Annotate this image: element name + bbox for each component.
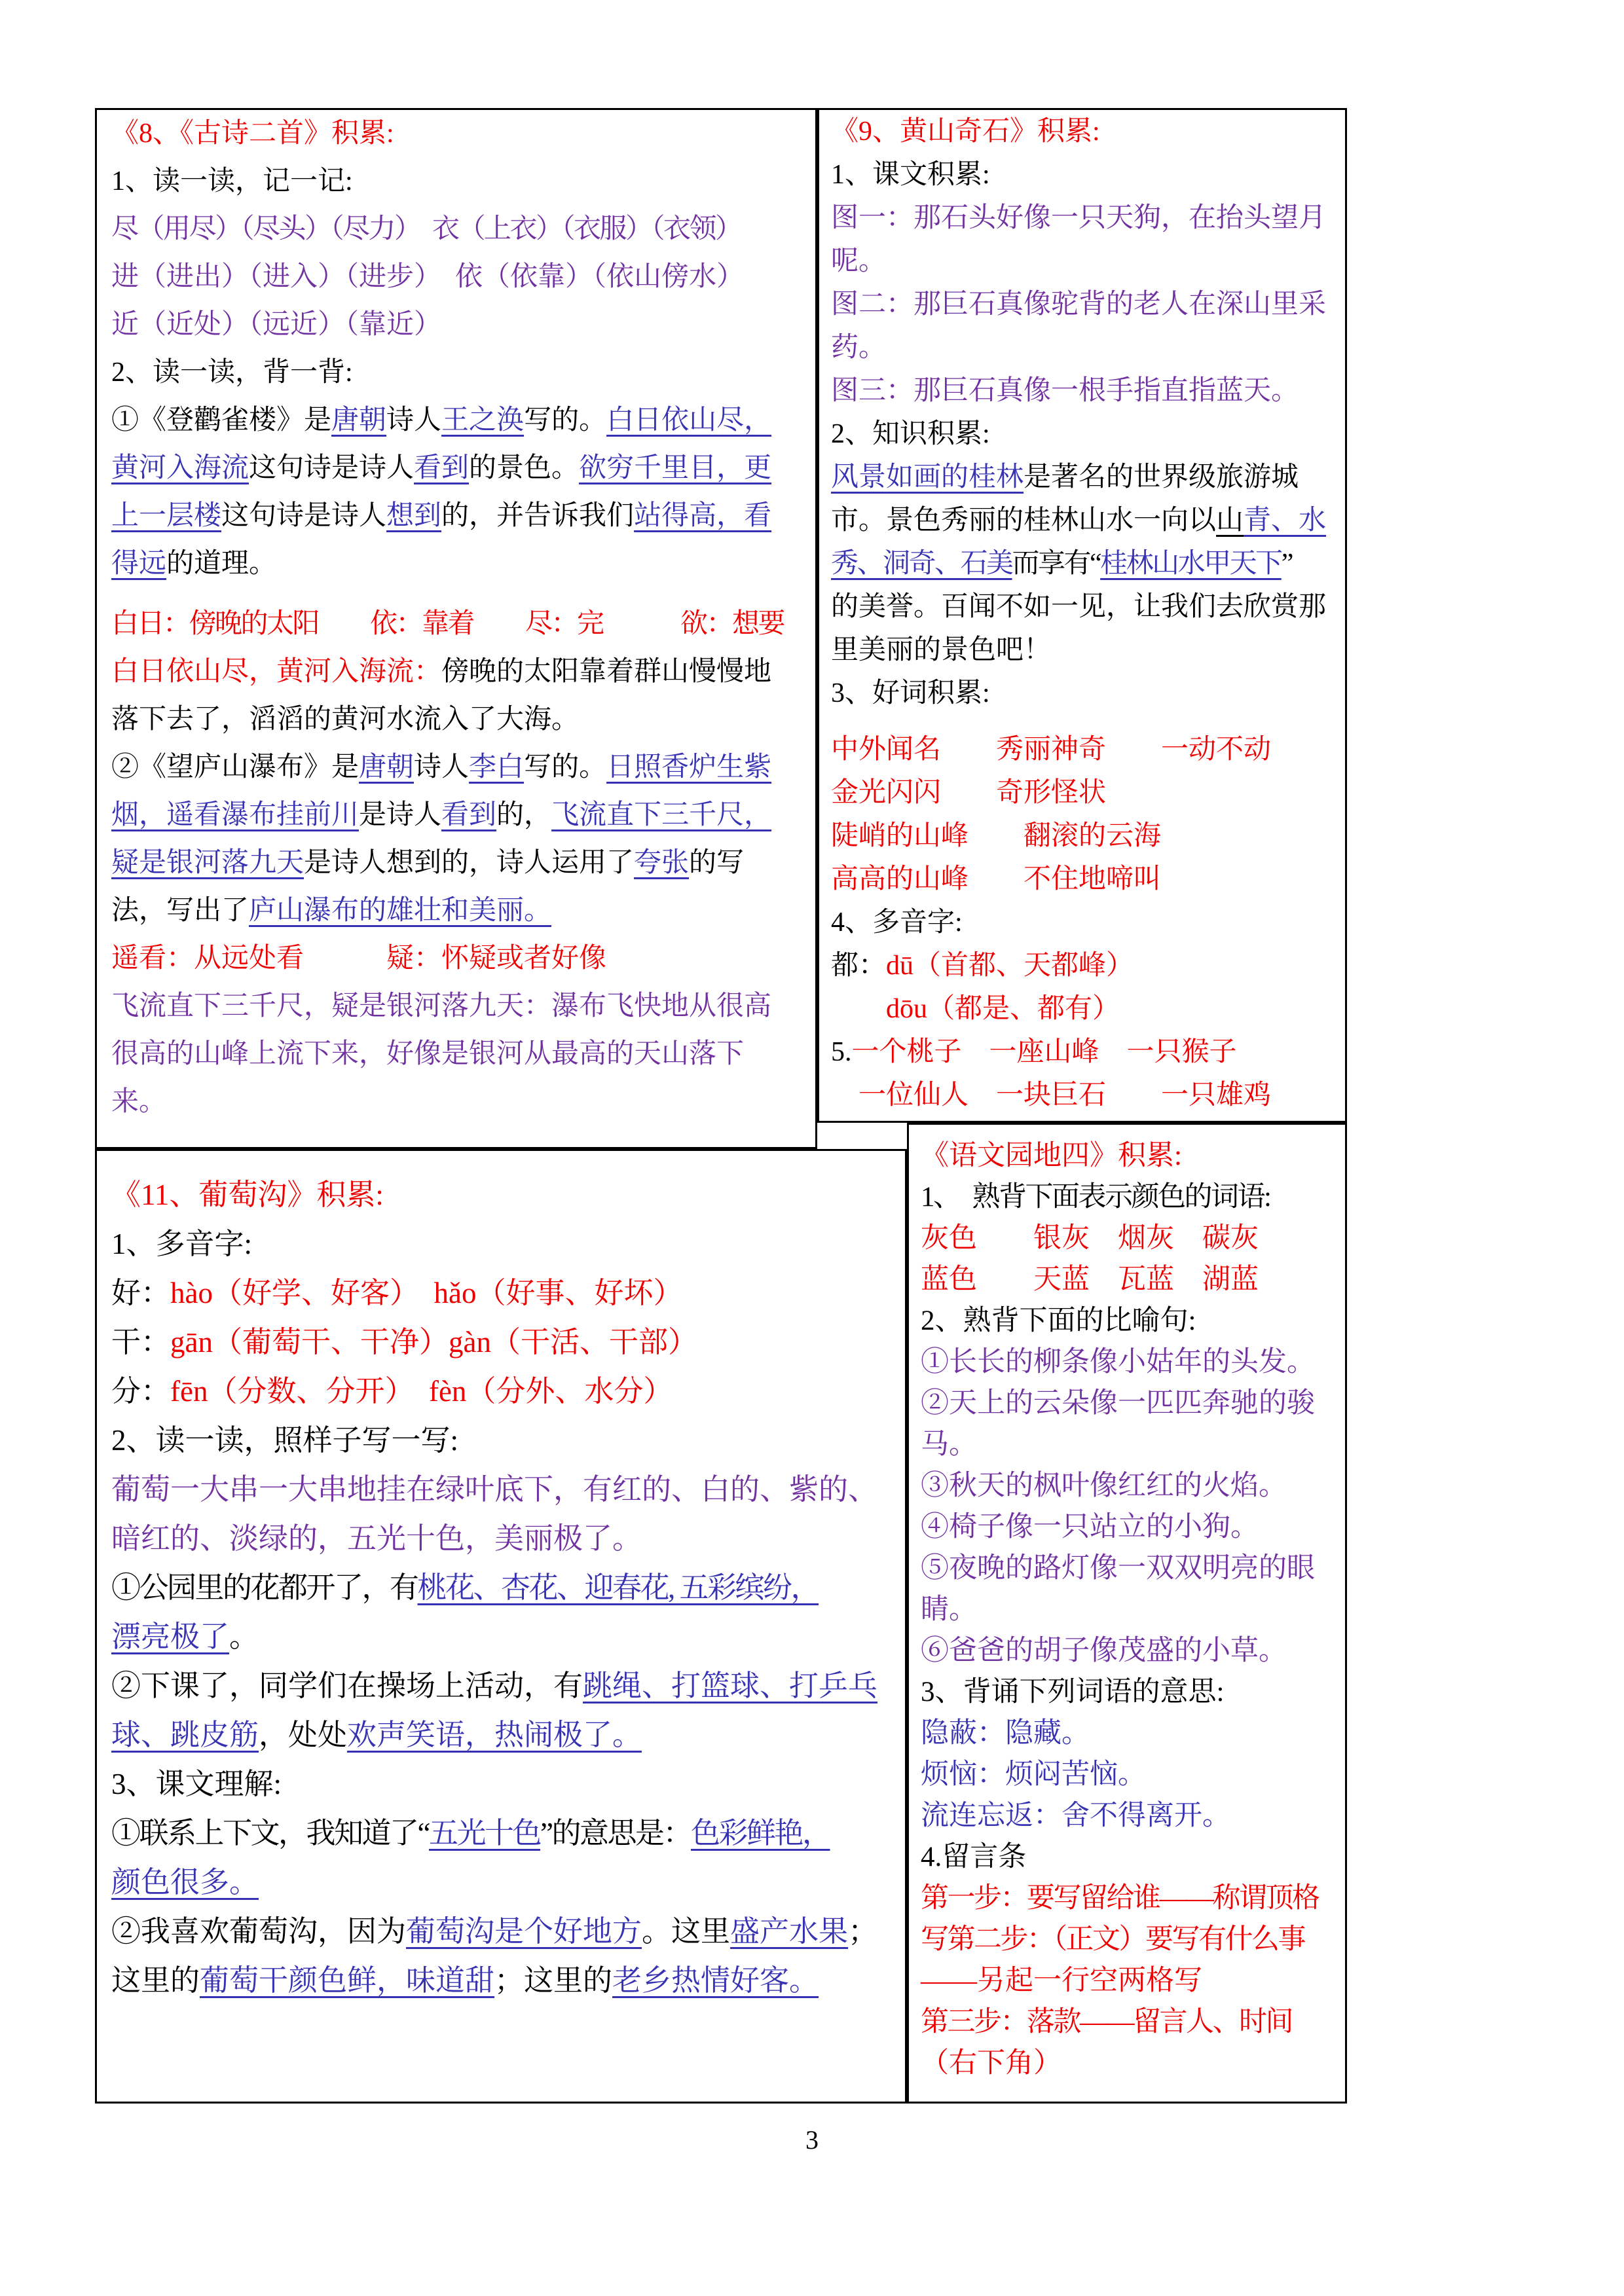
- text-segment: 尽（用尽）（尽头）（尽力） 衣（上衣）（衣服）（衣领）: [111, 214, 741, 244]
- text-segment: 陡峭的山峰 翻滚的云海: [831, 821, 1161, 851]
- text-segment: 法，写出了: [111, 896, 249, 926]
- text-line: 市。景色秀丽的桂林山水一向以山青、水: [831, 499, 1336, 542]
- text-line: ①公园里的花都开了，有桃花、杏花、迎春花, 五彩缤纷，: [111, 1563, 893, 1613]
- text-line: 第一步：要写留给谁——称谓顶格: [921, 1878, 1337, 1919]
- text-segment: 1、读一读，记一记:: [111, 166, 353, 196]
- page-number: 3: [0, 2124, 1624, 2155]
- text-line: 马。: [921, 1424, 1337, 1465]
- text-segment: 白日：傍晚的太阳 依：靠着 尽：完 欲：想要: [111, 609, 784, 639]
- text-segment: 老乡热情好客。: [612, 1964, 819, 1997]
- text-segment: 图二：那巨石真像驼背的老人在深山里采: [831, 289, 1326, 319]
- text-line: 黄河入海流这句诗是诗人看到的景色。欲穷千里目，更: [111, 445, 803, 492]
- text-segment: 3、好词积累:: [831, 678, 990, 708]
- text-segment: ，处处: [259, 1719, 347, 1751]
- text-segment: 傍晚的太阳靠着群山慢慢地: [441, 657, 771, 687]
- text-line: 1、读一读，记一记:: [111, 158, 803, 206]
- cell-huangshan-qishi-jilei: 《9、黄山奇石》积累:1、课文积累:图一：那石头好像一只天狗，在抬头望月呢。图二…: [817, 108, 1347, 1123]
- text-segment: ——另起一行空两格写: [921, 1965, 1202, 1996]
- text-line: 葡萄一大串一大串地挂在绿叶底下，有红的、白的、紫的、: [111, 1465, 893, 1514]
- text-line: 第三步：落款——留言人、时间: [921, 2001, 1337, 2043]
- text-line: ②《望庐山瀑布》是唐朝诗人李白写的。日照香炉生紫: [111, 744, 803, 792]
- text-line: 《语文园地四》积累:: [921, 1135, 1337, 1176]
- text-segment: 颜色很多。: [111, 1866, 259, 1899]
- text-segment: 灰色 银灰 烟灰 碳灰: [921, 1223, 1259, 1254]
- text-segment: ②我喜欢葡萄沟，因为: [111, 1915, 406, 1948]
- text-segment: 马。: [921, 1429, 977, 1460]
- text-segment: gān（葡萄干、干净）gàn（干活、干部）: [170, 1326, 697, 1358]
- text-segment: 庐山瀑布的雄壮和美丽。: [249, 896, 551, 926]
- text-segment: ；: [848, 1915, 877, 1948]
- text-segment: 桂林山水甲天下: [1100, 549, 1282, 579]
- text-segment: 近（近处）（远近）（靠近）: [111, 310, 441, 340]
- text-segment: 都：: [831, 951, 886, 981]
- text-segment: 金光闪闪 奇形怪状: [831, 778, 1106, 808]
- text-segment: 写第二步：（正文）要写有什么事: [921, 1924, 1304, 1955]
- text-segment: 五光十色: [429, 1817, 540, 1850]
- text-line: 蓝色 天蓝 瓦蓝 湖蓝: [921, 1259, 1337, 1300]
- text-line: ①联系上下文，我知道了“五光十色”的意思是：色彩鲜艳，: [111, 1809, 893, 1858]
- text-segment: 的，: [496, 800, 551, 830]
- text-line: 烦恼：烦闷苦恼。: [921, 1754, 1337, 1795]
- text-segment: 1、 熟背下面表示颜色的词语:: [921, 1182, 1270, 1212]
- text-segment: 2、知识积累:: [831, 419, 990, 449]
- text-segment: 得远: [111, 549, 166, 579]
- text-line: 药。: [831, 326, 1336, 369]
- text-segment: 写的。: [524, 752, 606, 782]
- text-line: 近（近处）（远近）（靠近）: [111, 301, 803, 349]
- text-line: 法，写出了庐山瀑布的雄壮和美丽。: [111, 887, 803, 935]
- text-segment: ；这里的: [494, 1964, 612, 1997]
- text-segment: 黄河入海流: [111, 453, 249, 483]
- text-segment: dōu（都是、都有）: [886, 994, 1120, 1024]
- text-segment: 是诗人: [359, 800, 441, 830]
- text-line: 球、跳皮筋，处处欢声笑语，热闹极了。: [111, 1711, 893, 1760]
- text-segment: 诗人: [386, 405, 441, 435]
- text-segment: 球、跳皮筋: [111, 1719, 259, 1751]
- text-segment: 《语文园地四》积累:: [921, 1140, 1182, 1171]
- text-line: 飞流直下三千尺，疑是银河落九天：瀑布飞快地从很高: [111, 983, 803, 1030]
- text-segment: 的道理。: [166, 549, 276, 579]
- text-segment: 烟，遥看瀑布挂前川: [111, 800, 359, 830]
- text-line: ①长长的柳条像小姑年的头发。: [921, 1341, 1337, 1383]
- text-segment: 3、课文理解:: [111, 1768, 282, 1800]
- text-segment: 夸张: [634, 848, 689, 878]
- text-segment: ”: [1282, 549, 1292, 579]
- text-segment: 看到: [414, 453, 469, 483]
- text-segment: 图三：那巨石真像一根手指直指蓝天。: [831, 376, 1299, 406]
- text-segment: 4.留言条: [921, 1842, 1026, 1872]
- text-segment: 王之涣: [441, 405, 524, 435]
- text-line: dōu（都是、都有）: [831, 987, 1336, 1030]
- text-line: 好：hào（好学、好客） hǎo（好事、好坏）: [111, 1269, 893, 1318]
- text-segment: 第三步：落款——留言人、时间: [921, 2007, 1292, 2037]
- text-segment: 《11、葡萄沟》积累:: [111, 1178, 384, 1211]
- text-line: （右下角）: [921, 2043, 1337, 2084]
- text-segment: 2、读一读，背一背:: [111, 357, 353, 388]
- text-line: 2、读一读，照样子写一写:: [111, 1416, 893, 1465]
- text-line: 流连忘返：舍不得离开。: [921, 1795, 1337, 1836]
- text-segment: 里美丽的景色吧！: [831, 635, 1051, 665]
- text-segment: 进（进出）（进入）（进步） 依（依靠）（依山傍水）: [111, 262, 744, 292]
- text-segment: 唐朝: [331, 405, 386, 435]
- text-segment: 这句诗是诗人: [221, 501, 386, 531]
- text-line: 陡峭的山峰 翻滚的云海: [831, 814, 1336, 858]
- text-segment: 青、水: [1244, 505, 1326, 536]
- text-line: 秀、洞奇、石美而享有“桂林山水甲天下”: [831, 542, 1336, 585]
- text-segment: 暗红的、淡绿的，五光十色，美丽极了。: [111, 1522, 642, 1555]
- text-segment: 蓝色 天蓝 瓦蓝 湖蓝: [921, 1264, 1259, 1295]
- text-line: 2、读一读，背一背:: [111, 349, 803, 397]
- text-segment: 分：: [111, 1375, 170, 1408]
- text-line: 落下去了，滔滔的黄河水流入了大海。: [111, 696, 803, 744]
- text-segment: 1、课文积累:: [831, 160, 990, 190]
- text-line: 5.一个桃子 一座山峰 一只猴子: [831, 1030, 1336, 1074]
- text-segment: 的美誉。百闻不如一见，让我们去欣赏那: [831, 592, 1326, 622]
- text-segment: 欢声笑语，热闹极了。: [347, 1719, 642, 1751]
- text-line: 很高的山峰上流下来，好像是银河从最高的天山落下: [111, 1030, 803, 1078]
- text-segment: 一位仙人 一块巨石 一只雄鸡: [858, 1080, 1271, 1110]
- text-segment: 唐朝: [359, 752, 414, 782]
- text-line: 中外闻名 秀丽神奇 一动不动: [831, 728, 1336, 771]
- text-line: 分：fēn（分数、分开） fèn（分外、水分）: [111, 1367, 893, 1416]
- text-segment: dū（首都、天都峰）: [886, 951, 1134, 981]
- text-segment: 葡萄干颜色鲜，味道甜: [200, 1964, 494, 1997]
- text-line: 3、课文理解:: [111, 1760, 893, 1809]
- cell-gushi-ershou-jilei: 《8、《古诗二首》积累:1、读一读，记一记:尽（用尽）（尽头）（尽力） 衣（上衣…: [95, 108, 817, 1149]
- text-segment: ②下课了，同学们在操场上活动，有: [111, 1669, 583, 1702]
- text-segment: 高高的山峰 不住地啼叫: [831, 864, 1161, 894]
- text-line: 的美誉。百闻不如一见，让我们去欣赏那: [831, 585, 1336, 629]
- text-segment: 漂亮极了: [111, 1620, 229, 1653]
- text-line: 漂亮极了。: [111, 1613, 893, 1662]
- text-segment: 欲穷千里目，更: [579, 453, 771, 483]
- text-segment: 葡萄一大串一大串地挂在绿叶底下，有红的、白的、紫的、: [111, 1473, 877, 1506]
- text-segment: ”的意思是：: [540, 1817, 691, 1850]
- text-segment: ③秋天的枫叶像红红的火焰。: [921, 1470, 1287, 1501]
- text-line: 图二：那巨石真像驼背的老人在深山里采: [831, 283, 1336, 326]
- text-segment: ⑥爸爸的胡子像茂盛的小草。: [921, 1635, 1287, 1666]
- text-line: 图一：那石头好像一只天狗，在抬头望月: [831, 196, 1336, 240]
- text-segment: ②天上的云朵像一匹匹奔驰的骏: [921, 1388, 1315, 1419]
- text-segment: 药。: [831, 333, 886, 363]
- text-segment: 看到: [441, 800, 496, 830]
- text-line: 《9、黄山奇石》积累:: [831, 110, 1336, 153]
- worksheet-page: 《8、《古诗二首》积累:1、读一读，记一记:尽（用尽）（尽头）（尽力） 衣（上衣…: [0, 0, 1624, 2296]
- text-line: 疑是银河落九天是诗人想到的，诗人运用了夸张的写: [111, 839, 803, 887]
- text-segment: ⑤夜晚的路灯像一双双明亮的眼: [921, 1553, 1315, 1584]
- text-segment: 第一步：要写留给谁——称谓顶格: [921, 1883, 1319, 1914]
- text-segment: 的，并告诉我们: [441, 501, 634, 531]
- text-segment: 市。景色秀丽的桂林山水一向以: [831, 505, 1216, 536]
- text-line: 白日：傍晚的太阳 依：靠着 尽：完 欲：想要: [111, 600, 803, 648]
- text-line: 《11、葡萄沟》积累:: [111, 1171, 893, 1220]
- text-line: 干：gān（葡萄干、干净）gàn（干活、干部）: [111, 1318, 893, 1367]
- text-segment: 2、熟背下面的比喻句:: [921, 1305, 1196, 1336]
- text-line: ③秋天的枫叶像红红的火焰。: [921, 1465, 1337, 1506]
- text-segment: ①联系上下文，我知道了“: [111, 1817, 429, 1850]
- text-segment: 风景如画的桂林: [831, 462, 1024, 492]
- text-segment: 日照香炉生紫: [606, 752, 771, 782]
- text-line: 4、多音字:: [831, 901, 1336, 944]
- text-segment: 2、读一读，照样子写一写:: [111, 1424, 458, 1457]
- cell-yuwen-yuandi-si-jilei: 《语文园地四》积累:1、 熟背下面表示颜色的词语:灰色 银灰 烟灰 碳灰蓝色 天…: [907, 1123, 1347, 2104]
- text-line: 里美丽的景色吧！: [831, 629, 1336, 672]
- text-segment: 疑是银河落九天: [111, 848, 304, 878]
- text-line: 隐蔽：隐藏。: [921, 1713, 1337, 1754]
- text-segment: 落下去了，滔滔的黄河水流入了大海。: [111, 704, 579, 735]
- text-line: 2、熟背下面的比喻句:: [921, 1300, 1337, 1341]
- text-line: 1、多音字:: [111, 1220, 893, 1269]
- text-line: 上一层楼这句诗是诗人想到的，并告诉我们站得高，看: [111, 492, 803, 540]
- text-line: 睛。: [921, 1589, 1337, 1630]
- text-line: 颜色很多。: [111, 1858, 893, 1907]
- text-line: 1、课文积累:: [831, 153, 1336, 196]
- text-line: 高高的山峰 不住地啼叫: [831, 858, 1336, 901]
- text-line: 灰色 银灰 烟灰 碳灰: [921, 1218, 1337, 1259]
- text-segment: ①《登鹳雀楼》是: [111, 405, 331, 435]
- text-segment: 来。: [111, 1087, 166, 1117]
- text-line: 烟，遥看瀑布挂前川是诗人看到的，飞流直下三千尺，: [111, 792, 803, 839]
- text-segment: 的景色。: [469, 453, 579, 483]
- text-segment: 站得高，看: [634, 501, 771, 531]
- text-segment: ①长长的柳条像小姑年的头发。: [921, 1347, 1315, 1377]
- text-line: 来。: [111, 1078, 803, 1126]
- text-segment: 是著名的世界级旅游城: [1024, 462, 1299, 492]
- text-segment: ②《望庐山瀑布》是: [111, 752, 359, 782]
- text-segment: 隐蔽：隐藏。: [921, 1718, 1090, 1749]
- text-line: 1、 熟背下面表示颜色的词语:: [921, 1176, 1337, 1218]
- text-line: 得远的道理。: [111, 540, 803, 588]
- text-segment: 。这里: [642, 1915, 730, 1948]
- text-segment: 李白: [469, 752, 524, 782]
- text-line: 4.留言条: [921, 1836, 1337, 1878]
- text-segment: 上一层楼: [111, 501, 221, 531]
- text-segment: 盛产水果: [730, 1915, 848, 1948]
- text-segment: 中外闻名 秀丽神奇 一动不动: [831, 735, 1271, 765]
- text-line: 3、背诵下列词语的意思:: [921, 1671, 1337, 1713]
- text-segment: 5.: [831, 1037, 852, 1067]
- text-segment: 想到: [386, 501, 441, 531]
- text-segment: 流连忘返：舍不得离开。: [921, 1800, 1230, 1831]
- text-segment: 这句诗是诗人: [249, 453, 414, 483]
- text-segment: 很高的山峰上流下来，好像是银河从最高的天山落下: [111, 1039, 744, 1069]
- text-line: ⑤夜晚的路灯像一双双明亮的眼: [921, 1548, 1337, 1589]
- text-segment: ①公园里的花都开了，有: [111, 1571, 418, 1604]
- text-segment: 好：: [111, 1277, 170, 1309]
- text-segment: 而享有“: [1012, 549, 1101, 579]
- text-segment: 烦恼：烦闷苦恼。: [921, 1759, 1146, 1790]
- text-segment: 《8、《古诗二首》积累:: [111, 118, 394, 149]
- text-segment: 飞流直下三千尺，: [551, 800, 771, 830]
- text-line: 呢。: [831, 240, 1336, 283]
- text-segment: 色彩鲜艳，: [691, 1817, 830, 1850]
- text-segment: 山: [1216, 505, 1244, 536]
- text-line: 遥看：从远处看 疑：怀疑或者好像: [111, 935, 803, 983]
- text-line: ⑥爸爸的胡子像茂盛的小草。: [921, 1630, 1337, 1671]
- text-line: 一位仙人 一块巨石 一只雄鸡: [831, 1074, 1336, 1117]
- text-segment: 1、多音字:: [111, 1228, 252, 1260]
- text-line: ②下课了，同学们在操场上活动，有跳绳、打篮球、打乒乓: [111, 1662, 893, 1711]
- text-segment: 白日依山尽，黄河入海流：: [111, 657, 441, 687]
- text-segment: ④椅子像一只站立的小狗。: [921, 1512, 1259, 1542]
- text-segment: 睛。: [921, 1594, 977, 1625]
- text-line: 3、好词积累:: [831, 672, 1336, 715]
- text-line: 都：dū（首都、天都峰）: [831, 944, 1336, 987]
- text-line: 暗红的、淡绿的，五光十色，美丽极了。: [111, 1514, 893, 1563]
- text-line: 尽（用尽）（尽头）（尽力） 衣（上衣）（衣服）（衣领）: [111, 206, 803, 253]
- text-segment: 秀、洞奇、石美: [831, 549, 1012, 579]
- text-segment: 白日依山尽，: [606, 405, 771, 435]
- text-line: 《8、《古诗二首》积累:: [111, 110, 803, 158]
- text-segment: 4、多音字:: [831, 907, 963, 938]
- text-segment: 跳绳、打篮球、打乒乓: [583, 1669, 877, 1702]
- text-segment: 一个桃子 一座山峰 一只猴子: [852, 1037, 1237, 1067]
- text-segment: 葡萄沟是个好地方: [406, 1915, 642, 1948]
- text-segment: 写的。: [524, 405, 606, 435]
- text-line: ①《登鹳雀楼》是唐朝诗人王之涣写的。白日依山尽，: [111, 397, 803, 445]
- text-segment: 飞流直下三千尺，疑是银河落九天：瀑布飞快地从很高: [111, 991, 771, 1021]
- text-segment: fēn（分数、分开） fèn（分外、水分）: [170, 1375, 673, 1408]
- text-line: ②天上的云朵像一匹匹奔驰的骏: [921, 1383, 1337, 1424]
- text-segment: 的写: [689, 848, 744, 878]
- text-segment: 干：: [111, 1326, 170, 1358]
- text-line: 进（进出）（进入）（进步） 依（依靠）（依山傍水）: [111, 253, 803, 301]
- text-line: 图三：那巨石真像一根手指直指蓝天。: [831, 369, 1336, 412]
- text-line: 风景如画的桂林是著名的世界级旅游城: [831, 456, 1336, 499]
- text-segment: 遥看：从远处看 疑：怀疑或者好像: [111, 943, 606, 974]
- text-line: 写第二步：（正文）要写有什么事: [921, 1919, 1337, 1960]
- text-segment: （右下角）: [921, 2048, 1061, 2079]
- text-segment: hào（好学、好客） hǎo（好事、好坏）: [170, 1277, 682, 1309]
- text-line: 这里的葡萄干颜色鲜，味道甜；这里的老乡热情好客。: [111, 1956, 893, 2005]
- text-line: ④椅子像一只站立的小狗。: [921, 1506, 1337, 1548]
- text-segment: 《9、黄山奇石》积累:: [831, 117, 1100, 147]
- text-segment: 是诗人想到的，诗人运用了: [304, 848, 634, 878]
- text-segment: 图一：那石头好像一只天狗，在抬头望月: [831, 203, 1326, 233]
- text-line: 白日依山尽，黄河入海流：傍晚的太阳靠着群山慢慢地: [111, 648, 803, 696]
- text-segment: 3、背诵下列词语的意思:: [921, 1677, 1224, 1707]
- cell-putaogou-jilei: 《11、葡萄沟》积累:1、多音字:好：hào（好学、好客） hǎo（好事、好坏）…: [95, 1149, 907, 2104]
- text-segment: 。: [229, 1620, 259, 1653]
- text-segment: 呢。: [831, 246, 886, 276]
- text-segment: 诗人: [414, 752, 469, 782]
- text-line: 金光闪闪 奇形怪状: [831, 771, 1336, 814]
- text-segment: 这里的: [111, 1964, 200, 1997]
- text-segment: 桃花、杏花、迎春花, 五彩缤纷，: [418, 1571, 819, 1604]
- text-line: ——另起一行空两格写: [921, 1960, 1337, 2001]
- text-line: 2、知识积累:: [831, 412, 1336, 456]
- text-line: ②我喜欢葡萄沟，因为葡萄沟是个好地方。这里盛产水果；: [111, 1907, 893, 1956]
